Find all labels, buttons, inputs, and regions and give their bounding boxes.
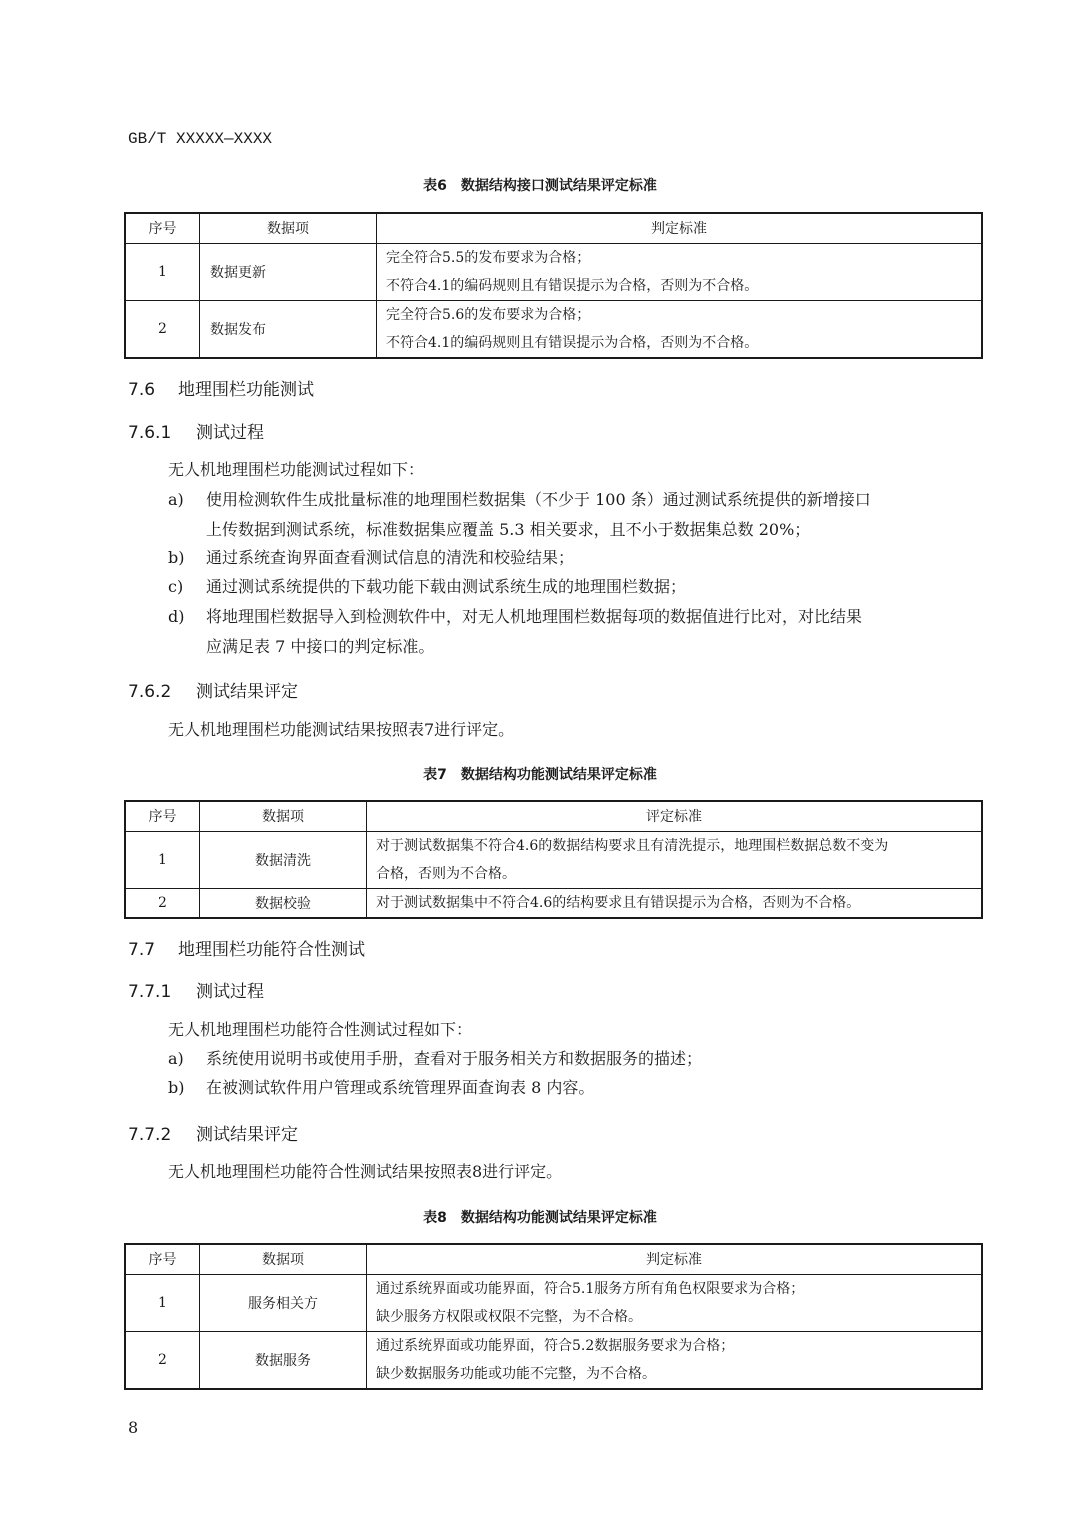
table7: 序号 数据项 评定标准 1 数据清洗 对于测试数据集不符合4.6的数据结构要求且… — [124, 800, 983, 919]
table8-header-row: 序号 数据项 判定标准 — [125, 1244, 982, 1274]
list-item: d) 将地理围栏数据导入到检测软件中，对无人机地理围栏数据每项的数据值进行比对，… — [168, 602, 988, 662]
table8-caption: 表8 数据结构功能测试结果评定标准 — [0, 1207, 1080, 1227]
section-number: 7.6.1 — [128, 423, 196, 443]
list-item: a) 系统使用说明书或使用手册，查看对于服务相关方和数据服务的描述； — [168, 1044, 988, 1074]
section-title: 地理围栏功能符合性测试 — [178, 940, 365, 960]
list-marker: b) — [168, 543, 184, 573]
page-number: 8 — [128, 1418, 138, 1437]
col-header-no: 序号 — [125, 1244, 200, 1274]
section-number: 7.7.2 — [128, 1125, 196, 1145]
criteria-line: 不符合4.1的编码规则且有错误提示为合格，否则为不合格。 — [386, 272, 981, 300]
list-text-line: 将地理围栏数据导入到检测软件中，对无人机地理围栏数据每项的数据值进行比对，对比结… — [206, 602, 988, 632]
row-criteria: 对于测试数据集中不符合4.6的结构要求且有错误提示为合格，否则为不合格。 — [367, 888, 983, 918]
list-marker: a) — [168, 485, 184, 515]
row-item: 数据更新 — [200, 243, 377, 300]
section-title: 地理围栏功能测试 — [178, 380, 314, 400]
list-item: a) 使用检测软件生成批量标准的地理围栏数据集（不少于 100 条）通过测试系统… — [168, 485, 988, 545]
list-text-line: 在被测试软件用户管理或系统管理界面查询表 8 内容。 — [206, 1073, 988, 1103]
col-header-criteria: 判定标准 — [377, 213, 983, 243]
list-marker: d) — [168, 602, 184, 632]
row-criteria: 对于测试数据集不符合4.6的数据结构要求且有清洗提示，地理围栏数据总数不变为 合… — [367, 831, 983, 888]
criteria-line: 通过系统界面或功能界面，符合5.2数据服务要求为合格； — [376, 1332, 981, 1360]
col-header-criteria: 判定标准 — [367, 1244, 983, 1274]
row-no: 1 — [125, 1274, 200, 1331]
paragraph: 无人机地理围栏功能测试结果按照表7进行评定。 — [168, 715, 514, 745]
list-text-line: 上传数据到测试系统，标准数据集应覆盖 5.3 相关要求，且不小于数据集总数 20… — [206, 515, 988, 545]
list-text-line: 使用检测软件生成批量标准的地理围栏数据集（不少于 100 条）通过测试系统提供的… — [206, 485, 988, 515]
row-no: 1 — [125, 243, 200, 300]
table-row: 2 数据发布 完全符合5.6的发布要求为合格； 不符合4.1的编码规则且有错误提… — [125, 300, 982, 358]
table6: 序号 数据项 判定标准 1 数据更新 完全符合5.5的发布要求为合格； 不符合4… — [124, 212, 983, 359]
paragraph: 无人机地理围栏功能符合性测试结果按照表8进行评定。 — [168, 1157, 562, 1187]
list-text-line: 通过测试系统提供的下载功能下载由测试系统生成的地理围栏数据； — [206, 572, 988, 602]
row-criteria: 通过系统界面或功能界面，符合5.2数据服务要求为合格； 缺少数据服务功能或功能不… — [367, 1331, 983, 1389]
col-header-item: 数据项 — [200, 801, 367, 831]
list-item: c) 通过测试系统提供的下载功能下载由测试系统生成的地理围栏数据； — [168, 572, 988, 602]
table6-header-row: 序号 数据项 判定标准 — [125, 213, 982, 243]
criteria-line: 完全符合5.6的发布要求为合格； — [386, 301, 981, 329]
criteria-line: 不符合4.1的编码规则且有错误提示为合格，否则为不合格。 — [386, 329, 981, 357]
row-criteria: 通过系统界面或功能界面，符合5.1服务方所有角色权限要求为合格； 缺少服务方权限… — [367, 1274, 983, 1331]
criteria-line: 通过系统界面或功能界面，符合5.1服务方所有角色权限要求为合格； — [376, 1275, 981, 1303]
criteria-line: 对于测试数据集不符合4.6的数据结构要求且有清洗提示，地理围栏数据总数不变为 — [376, 832, 981, 860]
col-header-item: 数据项 — [200, 213, 377, 243]
standard-code: GB/T XXXXX—XXXX — [128, 130, 272, 148]
section-number: 7.6.2 — [128, 682, 196, 702]
col-header-no: 序号 — [125, 801, 200, 831]
col-header-item: 数据项 — [200, 1244, 367, 1274]
paragraph: 无人机地理围栏功能测试过程如下： — [168, 455, 424, 485]
list-item: b) 通过系统查询界面查看测试信息的清洗和校验结果； — [168, 543, 988, 573]
section-number: 7.7 — [128, 940, 178, 960]
section-heading-7-6-2: 7.6.2测试结果评定 — [128, 677, 298, 702]
row-criteria: 完全符合5.5的发布要求为合格； 不符合4.1的编码规则且有错误提示为合格，否则… — [377, 243, 983, 300]
list-text-line: 系统使用说明书或使用手册，查看对于服务相关方和数据服务的描述； — [206, 1044, 988, 1074]
row-item: 数据校验 — [200, 888, 367, 918]
row-item: 服务相关方 — [200, 1274, 367, 1331]
list-text-line: 通过系统查询界面查看测试信息的清洗和校验结果； — [206, 543, 988, 573]
col-header-criteria: 评定标准 — [367, 801, 983, 831]
table-row: 2 数据校验 对于测试数据集中不符合4.6的结构要求且有错误提示为合格，否则为不… — [125, 888, 982, 918]
row-criteria: 完全符合5.6的发布要求为合格； 不符合4.1的编码规则且有错误提示为合格，否则… — [377, 300, 983, 358]
section-heading-7-7-1: 7.7.1测试过程 — [128, 977, 264, 1002]
section-title: 测试过程 — [196, 423, 264, 443]
table-row: 1 数据清洗 对于测试数据集不符合4.6的数据结构要求且有清洗提示，地理围栏数据… — [125, 831, 982, 888]
section-heading-7-6-1: 7.6.1测试过程 — [128, 418, 264, 443]
row-item: 数据发布 — [200, 300, 377, 358]
row-no: 2 — [125, 1331, 200, 1389]
row-no: 2 — [125, 888, 200, 918]
list-marker: c) — [168, 572, 183, 602]
criteria-line: 完全符合5.5的发布要求为合格； — [386, 244, 981, 272]
row-item: 数据清洗 — [200, 831, 367, 888]
criteria-line: 对于测试数据集中不符合4.6的结构要求且有错误提示为合格，否则为不合格。 — [376, 889, 981, 917]
list-marker: b) — [168, 1073, 184, 1103]
criteria-line: 缺少数据服务功能或功能不完整，为不合格。 — [376, 1360, 981, 1388]
section-title: 测试结果评定 — [196, 682, 298, 702]
criteria-line: 缺少服务方权限或权限不完整，为不合格。 — [376, 1303, 981, 1331]
table7-caption: 表7 数据结构功能测试结果评定标准 — [0, 764, 1080, 784]
table-row: 2 数据服务 通过系统界面或功能界面，符合5.2数据服务要求为合格； 缺少数据服… — [125, 1331, 982, 1389]
section-heading-7-7: 7.7地理围栏功能符合性测试 — [128, 935, 365, 960]
list-text-line: 应满足表 7 中接口的判定标准。 — [206, 632, 988, 662]
row-item: 数据服务 — [200, 1331, 367, 1389]
row-no: 2 — [125, 300, 200, 358]
table-row: 1 服务相关方 通过系统界面或功能界面，符合5.1服务方所有角色权限要求为合格；… — [125, 1274, 982, 1331]
section-title: 测试过程 — [196, 982, 264, 1002]
section-number: 7.6 — [128, 380, 178, 400]
table-row: 1 数据更新 完全符合5.5的发布要求为合格； 不符合4.1的编码规则且有错误提… — [125, 243, 982, 300]
criteria-line: 合格，否则为不合格。 — [376, 860, 981, 888]
section-heading-7-7-2: 7.7.2测试结果评定 — [128, 1120, 298, 1145]
row-no: 1 — [125, 831, 200, 888]
list-marker: a) — [168, 1044, 184, 1074]
col-header-no: 序号 — [125, 213, 200, 243]
table7-header-row: 序号 数据项 评定标准 — [125, 801, 982, 831]
table8: 序号 数据项 判定标准 1 服务相关方 通过系统界面或功能界面，符合5.1服务方… — [124, 1243, 983, 1390]
section-number: 7.7.1 — [128, 982, 196, 1002]
list-item: b) 在被测试软件用户管理或系统管理界面查询表 8 内容。 — [168, 1073, 988, 1103]
section-heading-7-6: 7.6地理围栏功能测试 — [128, 375, 314, 400]
paragraph: 无人机地理围栏功能符合性测试过程如下： — [168, 1015, 472, 1045]
section-title: 测试结果评定 — [196, 1125, 298, 1145]
table6-caption: 表6 数据结构接口测试结果评定标准 — [0, 175, 1080, 195]
